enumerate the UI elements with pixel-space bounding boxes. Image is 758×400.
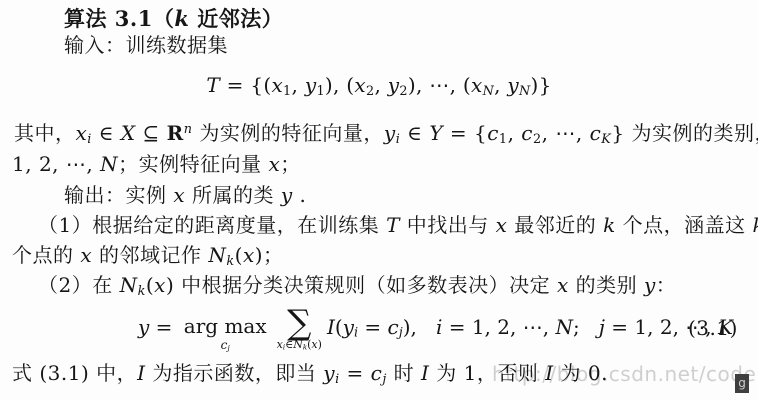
book-page: 算法 3.1（k 近邻法） 输入：训练数据集 T = {(x1, y1), (x… xyxy=(0,0,758,400)
argmax-operator: arg max cj xyxy=(184,306,267,352)
step-2-line: （2）在 Nk(x) 中根据分类决策规则（如多数表决）决定 x 的类别 y： xyxy=(38,273,676,300)
step-1-line-2: 个点的 x 的邻域记作 Nk(x)； xyxy=(12,243,284,270)
equation-3-1: y = arg max cj ∑ xi∈Nk(x) I(yi = cj), i … xyxy=(138,306,733,352)
output-label-line: 输出：实例 x 所属的类 y . xyxy=(64,183,306,208)
input-label-text: 输入：训练数据集 xyxy=(64,33,228,57)
watermark-badge-icon: g xyxy=(735,374,749,393)
closing-explanation-line: 式 (3.1) 中，I 为指示函数，即当 yi = cj 时 I 为 1，否则 … xyxy=(12,361,608,388)
argmax-subscript: cj xyxy=(221,339,230,352)
step-1-line-1: （1）根据给定的距离度量，在训练集 T 中找出与 x 最邻近的 k 个点，涵盖这… xyxy=(38,213,758,238)
algorithm-title: 算法 3.1（k 近邻法） xyxy=(64,6,283,32)
summation-subscript: xi∈Nk(x) xyxy=(277,339,322,350)
where-clause-line-1: 其中，xi ∈ X ⊆ Rn 为实例的特征向量，yi ∈ Y = {c1, c2… xyxy=(14,121,758,148)
argmax-text: arg max xyxy=(184,315,267,337)
sigma-icon: ∑ xyxy=(287,306,311,340)
training-set-formula: T = {(x1, y1), (x2, y2), ⋯, (xN, yN)} xyxy=(0,73,758,100)
where-clause-line-2: 1, 2, ⋯, N；实例特征向量 x； xyxy=(12,152,301,177)
summation-operator: ∑ xi∈Nk(x) xyxy=(277,306,322,350)
input-label-line: 输入：训练数据集 xyxy=(64,33,228,58)
equation-number: (3.1) xyxy=(688,316,738,341)
equation-rhs: I(yi = cj), i = 1, 2, ⋯, N; j = 1, 2, ⋯,… xyxy=(327,315,733,341)
equation-lhs: y = xyxy=(138,315,179,339)
